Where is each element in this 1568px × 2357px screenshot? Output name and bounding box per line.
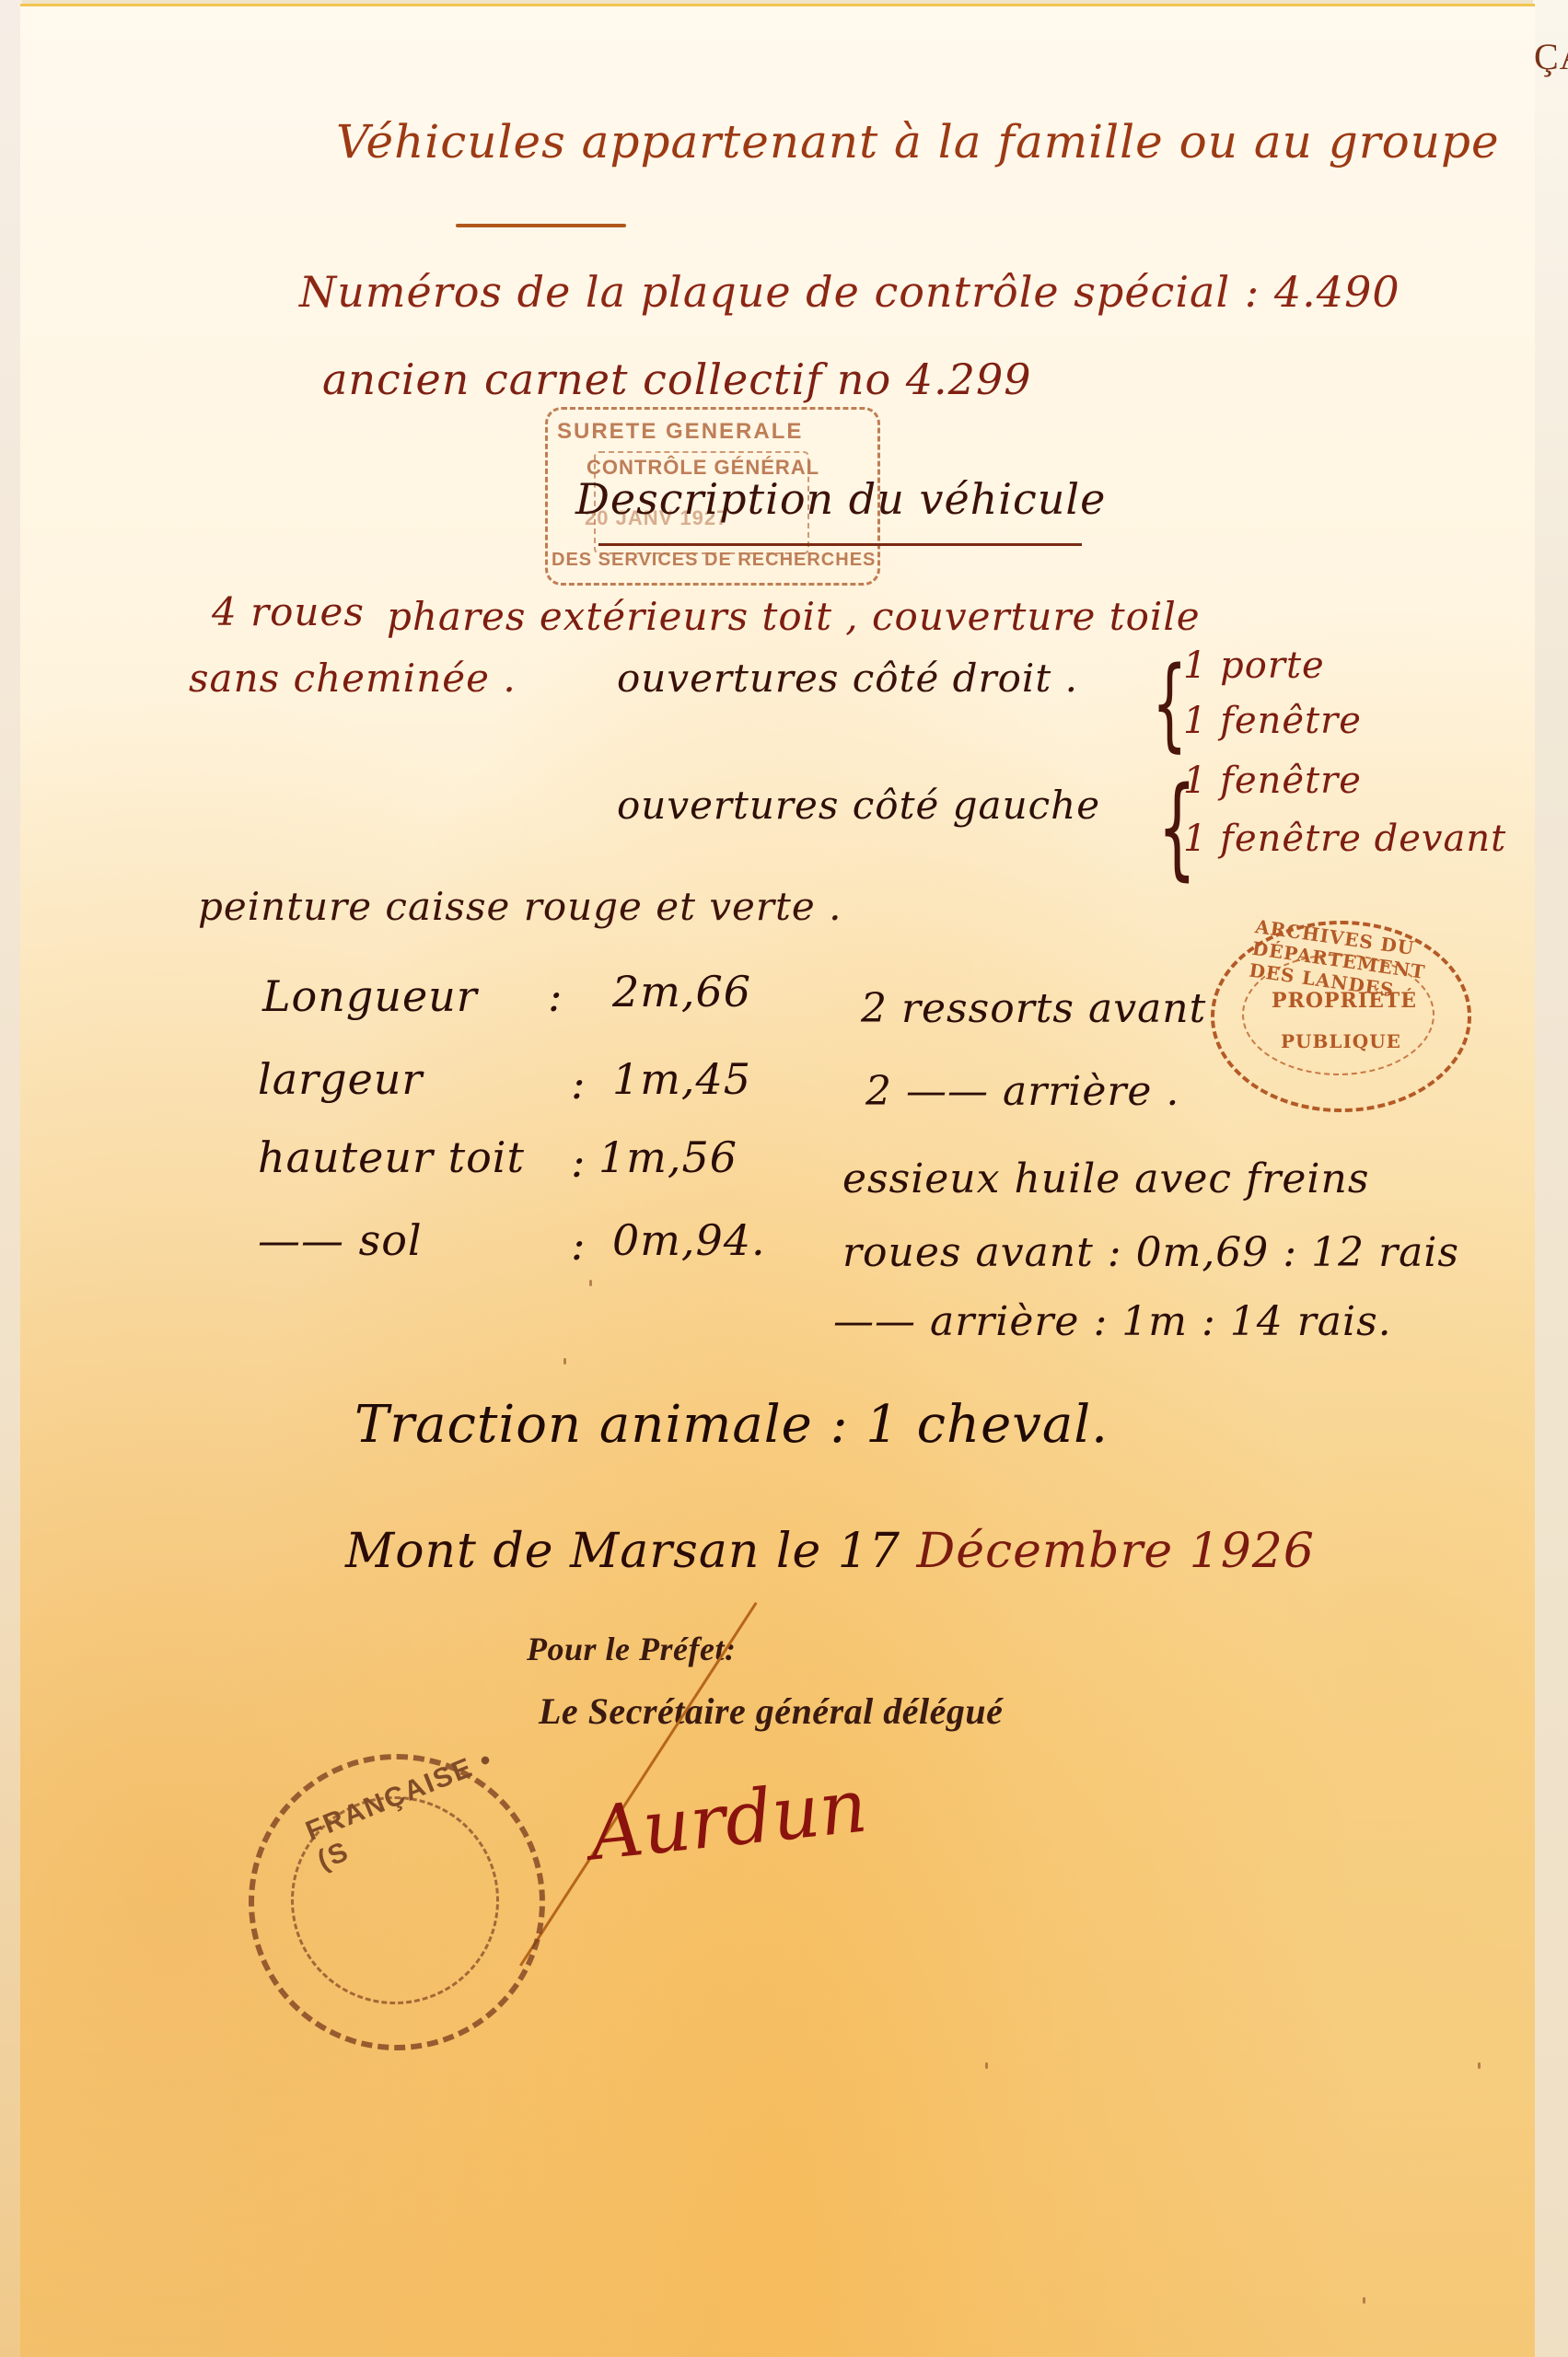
dimension-value: 2m,66	[612, 967, 751, 1016]
archives-landes-stamp: ARCHIVES DU DÉPARTEMENT DES LANDES PROPR…	[1211, 921, 1471, 1112]
prefecture-seal-stamp: FRANÇAISE • (S	[249, 1754, 545, 2050]
underlying-page-left-edge	[0, 0, 22, 2357]
underlying-page-right-edge	[1533, 0, 1568, 2357]
place-date-line: Mont de Marsan le 17 Décembre 1926	[345, 1524, 1315, 1579]
running-gear-line: roues avant : 0m,69 : 12 rais	[842, 1229, 1459, 1276]
left-openings-label: ouvertures côté gauche	[617, 783, 1100, 828]
document-title: Véhicules appartenant à la famille ou au…	[336, 115, 1500, 168]
paint-description: peinture caisse rouge et verte .	[198, 884, 842, 929]
stamp-center-text: PROPRIÉTÉ	[1272, 989, 1417, 1013]
lamps-roof: phares extérieurs toit , couverture toil…	[387, 594, 1201, 639]
paper-speck	[1363, 2297, 1365, 2304]
dimension-value: 0m,94.	[612, 1215, 766, 1265]
place-date-month-year: Décembre 1926	[917, 1524, 1315, 1579]
running-gear-line: —— arrière : 1m : 14 rais.	[833, 1298, 1392, 1345]
wheels-count: 4 roues	[212, 589, 365, 634]
right-opening-item: 1 fenêtre	[1183, 700, 1362, 742]
section-heading: Description du véhicule	[575, 474, 1106, 524]
traction-line: Traction animale : 1 cheval.	[354, 1395, 1109, 1455]
stamp-line: DES SERVICES DE RECHERCHES	[552, 550, 876, 571]
dimension-separator: :	[571, 1220, 587, 1270]
running-gear-line: 2 —— arrière .	[865, 1068, 1179, 1115]
dimension-separator: :	[571, 1059, 587, 1109]
dimension-label: largeur	[258, 1054, 423, 1104]
dimension-label: —— sol	[258, 1215, 423, 1265]
old-carnet-line: ancien carnet collectif no 4.299	[322, 354, 1031, 404]
plate-number-line: Numéros de la plaque de contrôle spécial…	[299, 267, 1400, 317]
place-date-prefix: Mont de Marsan le 17	[345, 1524, 900, 1579]
no-chimney: sans cheminée .	[189, 656, 517, 701]
stamp-center-text: PUBLIQUE	[1281, 1030, 1401, 1052]
paper-speck	[1478, 2062, 1481, 2069]
dimension-separator: :	[548, 971, 563, 1021]
dimension-separator: :	[571, 1137, 587, 1187]
dimension-label: hauteur toit	[258, 1132, 525, 1182]
secretary-stamp: Le Secrétaire général délégué	[539, 1689, 1003, 1733]
left-opening-item: 1 fenêtre devant	[1183, 818, 1506, 860]
dimension-value: 1m,56	[598, 1132, 738, 1182]
paper-speck	[985, 2062, 988, 2069]
underlying-page-text: ÇA	[1534, 35, 1568, 78]
for-prefect-stamp: Pour le Préfet:	[527, 1630, 736, 1668]
paper-speck	[563, 1358, 566, 1364]
left-opening-item: 1 fenêtre	[1183, 760, 1362, 802]
title-underline	[456, 224, 626, 227]
right-opening-item: 1 porte	[1183, 644, 1325, 687]
right-openings-label: ouvertures côté droit .	[617, 656, 1078, 701]
running-gear-line: essieux huile avec freins	[842, 1155, 1369, 1202]
stamp-line: SURETE GENERALE	[557, 419, 803, 445]
section-underline	[598, 543, 1082, 546]
dimension-label: Longueur	[262, 971, 478, 1021]
running-gear-line: 2 ressorts avant	[861, 985, 1206, 1032]
paper-speck	[589, 1280, 592, 1286]
dimension-value: 1m,45	[612, 1054, 751, 1104]
